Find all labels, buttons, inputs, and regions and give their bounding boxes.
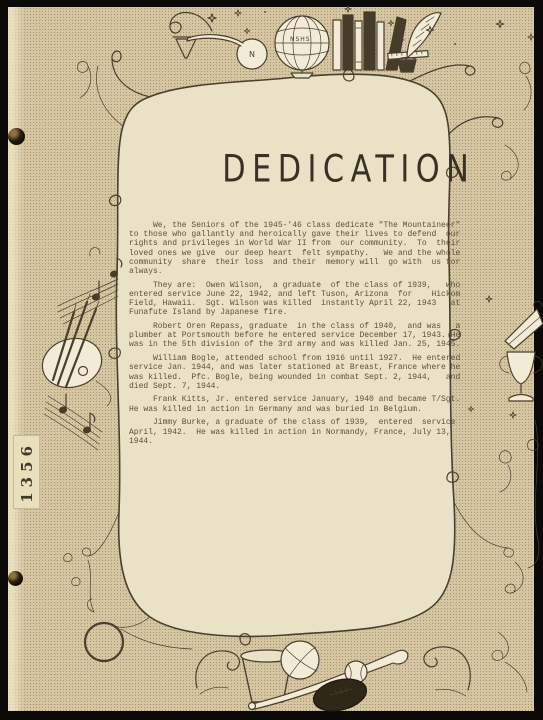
paragraph-intro: We, the Seniors of the 1945-'46 class de…	[129, 221, 465, 276]
artist-palette-icon	[37, 294, 111, 406]
right-ornament	[468, 62, 543, 692]
dedication-text: We, the Seniors of the 1945-'46 class de…	[129, 221, 465, 450]
paragraph-robert-repass: Robert Oren Repass, graduate in the clas…	[129, 322, 465, 350]
punch-hole-top	[8, 128, 25, 145]
flourish-curl	[170, 13, 212, 33]
retort-flask-icon: N	[187, 35, 267, 69]
bottom-ornament	[196, 641, 470, 716]
paragraph-frank-kitts: Frank Kitts, Jr. entered service January…	[129, 395, 465, 413]
left-ornament	[37, 247, 122, 450]
page-title: DEDICATION	[222, 147, 435, 191]
punch-hole-bottom	[8, 571, 23, 586]
basketball-icon	[281, 641, 319, 679]
yearbook-page-photo: N NSHS	[0, 0, 543, 720]
paragraph-jimmy-burke: Jimmy Burke, a graduate of the class of …	[129, 418, 465, 446]
beaker-icon	[173, 37, 199, 58]
svg-text:N: N	[249, 50, 255, 59]
paragraph-owen-wilson: They are: Owen Wilson, a graduate of the…	[129, 281, 465, 318]
megaphone-icon	[505, 301, 543, 349]
music-notes-icon	[58, 247, 122, 324]
globe-icon: NSHS	[275, 16, 329, 78]
trophy-icon	[500, 352, 543, 401]
cloud-scroll	[196, 651, 240, 694]
svg-text:NSHS: NSHS	[290, 36, 311, 43]
paragraph-william-bogle: William Bogle, attended school from 1916…	[129, 354, 465, 391]
cloud-scroll	[424, 647, 470, 696]
books-icon	[333, 12, 406, 70]
top-ornament: N NSHS	[170, 6, 534, 78]
spine-number: 1356	[18, 441, 36, 503]
spine-number-label: 1356	[13, 435, 40, 509]
music-notes-icon	[44, 394, 102, 450]
